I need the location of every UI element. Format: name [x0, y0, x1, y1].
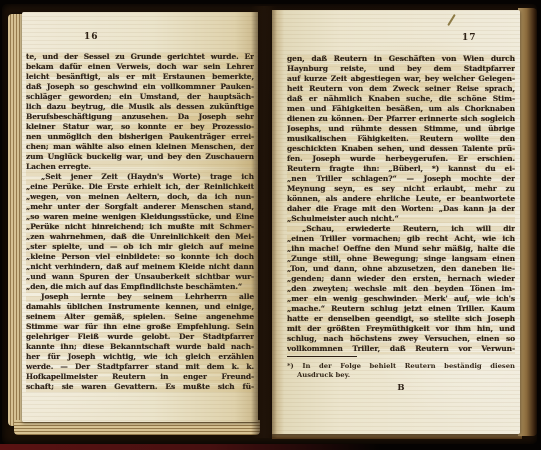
- text-line: Joseph lernte bey seinem Lehrherrn alle: [26, 292, 254, 302]
- text-line: nen unmöglich den bisherigen Paukenträge…: [26, 132, 254, 142]
- text-line: „nen Triller schlagen?“ — Joseph mochte …: [287, 174, 515, 184]
- text-line: schläger geworden; ein Umstand, der haup…: [26, 92, 254, 102]
- text-line: damahls üblichen Instrumente kennen, und…: [26, 302, 254, 312]
- text-line: geschickten Knaben sehen, und dessen Tal…: [287, 144, 515, 154]
- text-line: Ausdruck bey.: [287, 371, 515, 380]
- text-line: „Seit jener Zeit (Haydn's Worte) trage i…: [26, 172, 254, 182]
- text-line: „ster spielte, und — ob ich mir gleich a…: [26, 242, 254, 252]
- text-line: *) In der Folge behielt Reutern beständi…: [287, 362, 515, 371]
- text-line: hatte er denselben geendigt, so stellte …: [287, 314, 515, 324]
- text-line: Haynburg reiste, und bey dem Stadtpfarre…: [287, 64, 515, 74]
- table-surface: [0, 444, 380, 450]
- text-line: Josephs, und rühmte dessen Stimme, und ü…: [287, 124, 515, 134]
- right-page-text: gen, daß Reutern in Geschäften von Wien …: [287, 54, 515, 354]
- text-line: gelehriger Fleiß wurde gelobt. Der Stadt…: [26, 332, 254, 342]
- text-line: daß er nähmlich Knaben suche, die schöne…: [287, 94, 515, 104]
- text-line: gen, daß Reutern in Geschäften von Wien …: [287, 54, 515, 64]
- left-page: 16 te, und der Sessel zu Grunde gerichte…: [22, 12, 258, 422]
- text-line: „Ton, und dann, ohne abzusetzen, den dan…: [287, 264, 515, 274]
- text-line: „mache.“ Reutern schlug jetzt einen Tril…: [287, 304, 515, 314]
- ink-mark: [447, 14, 456, 26]
- page-number-right: 17: [462, 33, 477, 43]
- text-line: Meynung seyn, es sey nicht erlaubt, mehr…: [287, 184, 515, 194]
- text-line: chen; man wählte also einen kleinen Mens…: [26, 142, 254, 152]
- text-line: seinem Alter gemäß, spielen. Seine angen…: [26, 312, 254, 322]
- text-line: dienen zu können. Der Pfarrer erinnerte …: [287, 114, 515, 124]
- text-line: kannte ihn; diese Bekanntschaft wurde ba…: [26, 342, 254, 352]
- text-line: daher die Frage mit den Worten: „Das kan…: [287, 204, 515, 214]
- text-line: „mer ein wenig geschwinder. Merk' auf, w…: [287, 294, 515, 304]
- page-number-left: 16: [84, 32, 99, 42]
- text-line: bekam dafür einen Verweis, doch war sein…: [26, 62, 254, 72]
- text-line: können, als andere ehrliche Leute, er be…: [287, 194, 515, 204]
- text-line: Stimme war für ihn eine große Empfehlung…: [26, 322, 254, 332]
- text-line: „mehr unter der Sorgfalt anderer Mensche…: [26, 202, 254, 212]
- text-line: fen. Joseph wurde herbeygerufen. Er ersc…: [287, 154, 515, 164]
- text-line: „wegen, von meinen Aeltern, doch, da ich…: [26, 192, 254, 202]
- text-line: „den zweyten; wechsle mit den beyden Tön…: [287, 284, 515, 294]
- book-gutter: [251, 6, 277, 438]
- text-line: „nicht verhindern, daß auf meinem Kleide…: [26, 262, 254, 272]
- text-line: „den, die mich auf das Empfindlichste be…: [26, 282, 254, 292]
- left-page-text: te, und der Sessel zu Grunde gerichtet w…: [26, 52, 254, 392]
- text-line: her für Joseph wichtig, wie ich gleich e…: [26, 352, 254, 362]
- text-line: leicht besänftigt, als er mit Erstaunen …: [26, 72, 254, 82]
- text-line: Berufsbeschäftigung anzusehen. Da Joseph…: [26, 112, 254, 122]
- text-line: „Schulmeister auch nicht.“: [287, 214, 515, 224]
- signature-mark: B: [287, 383, 515, 393]
- text-line: „zen wahrnehmen, daß die Unreinlichkeit …: [26, 232, 254, 242]
- text-line: men und Fähigkeiten besäßen, um als Chor…: [287, 104, 515, 114]
- text-line: „einen Triller vormachen; gib recht Acht…: [287, 234, 515, 244]
- text-line: Reutern fragte ihn: „Büberl, *) kannst d…: [287, 164, 515, 174]
- text-line: „genden; dann wieder den ersten, hernach…: [287, 274, 515, 284]
- text-line: te, und der Sessel zu Grunde gerichtet w…: [26, 52, 254, 62]
- text-line: „Perüke nicht hinreichend; ich mußte mit…: [26, 222, 254, 232]
- text-line: „Zunge still, ohne Bewegung; singe langs…: [287, 254, 515, 264]
- text-line: vollkommnen Triller, daß Reutern vor Ver…: [287, 344, 515, 354]
- right-page: 17 gen, daß Reutern in Geschäften von Wi…: [272, 10, 520, 434]
- text-line: auf kurze Zeit abgestiegen war, bey welc…: [287, 74, 515, 84]
- text-line: heit Reutern von dem Zweck seiner Reise …: [287, 84, 515, 94]
- page-edges-bottom-left: [14, 420, 260, 435]
- page-edges-fore: [518, 8, 537, 436]
- footnote-rule: [287, 356, 357, 357]
- book-scan: 16 te, und der Sessel zu Grunde gerichte…: [0, 0, 541, 450]
- text-line: Lachen erregte.: [26, 162, 254, 172]
- text-line: mit der größten Freymüthigkeit vor ihm h…: [287, 324, 515, 334]
- text-line: „so waren meine wenigen Kleidungsstücke,…: [26, 212, 254, 222]
- footnote-text: *) In der Folge behielt Reutern beständi…: [287, 362, 515, 380]
- text-line: „Schau, erwiederte Reutern, ich will dir: [287, 224, 515, 234]
- text-line: kleiner Statur war, so konnte er bey Pro…: [26, 122, 254, 132]
- text-line: schaft; sie waren Gevattern. Es mußte si…: [26, 382, 254, 392]
- text-line: schlug, nach höchstens zwey Versuchen, e…: [287, 334, 515, 344]
- text-line: zum Unglück buckelig war, und bey den Zu…: [26, 152, 254, 162]
- text-line: „eine Perüke. Die Erste erhielt ich, der…: [26, 182, 254, 192]
- text-line: „und wann Spuren der Unsauberkeit sichtb…: [26, 272, 254, 282]
- text-line: Hofkapellmeister Reutern in enger Freund…: [26, 372, 254, 382]
- text-line: daß Joseph so geschwind ein vollkommner …: [26, 82, 254, 92]
- text-line: lich dazu beytrug, die Musik als dessen …: [26, 102, 254, 112]
- text-line: „ihn mache! Oeffne den Mund sehr mäßig, …: [287, 244, 515, 254]
- text-line: werde. — Der Stadtpfarrer stand mit dem …: [26, 362, 254, 372]
- text-line: „kleine Person viel einbildete: so konnt…: [26, 252, 254, 262]
- text-line: musikalischen Fähigkeiten. Reutern wollt…: [287, 134, 515, 144]
